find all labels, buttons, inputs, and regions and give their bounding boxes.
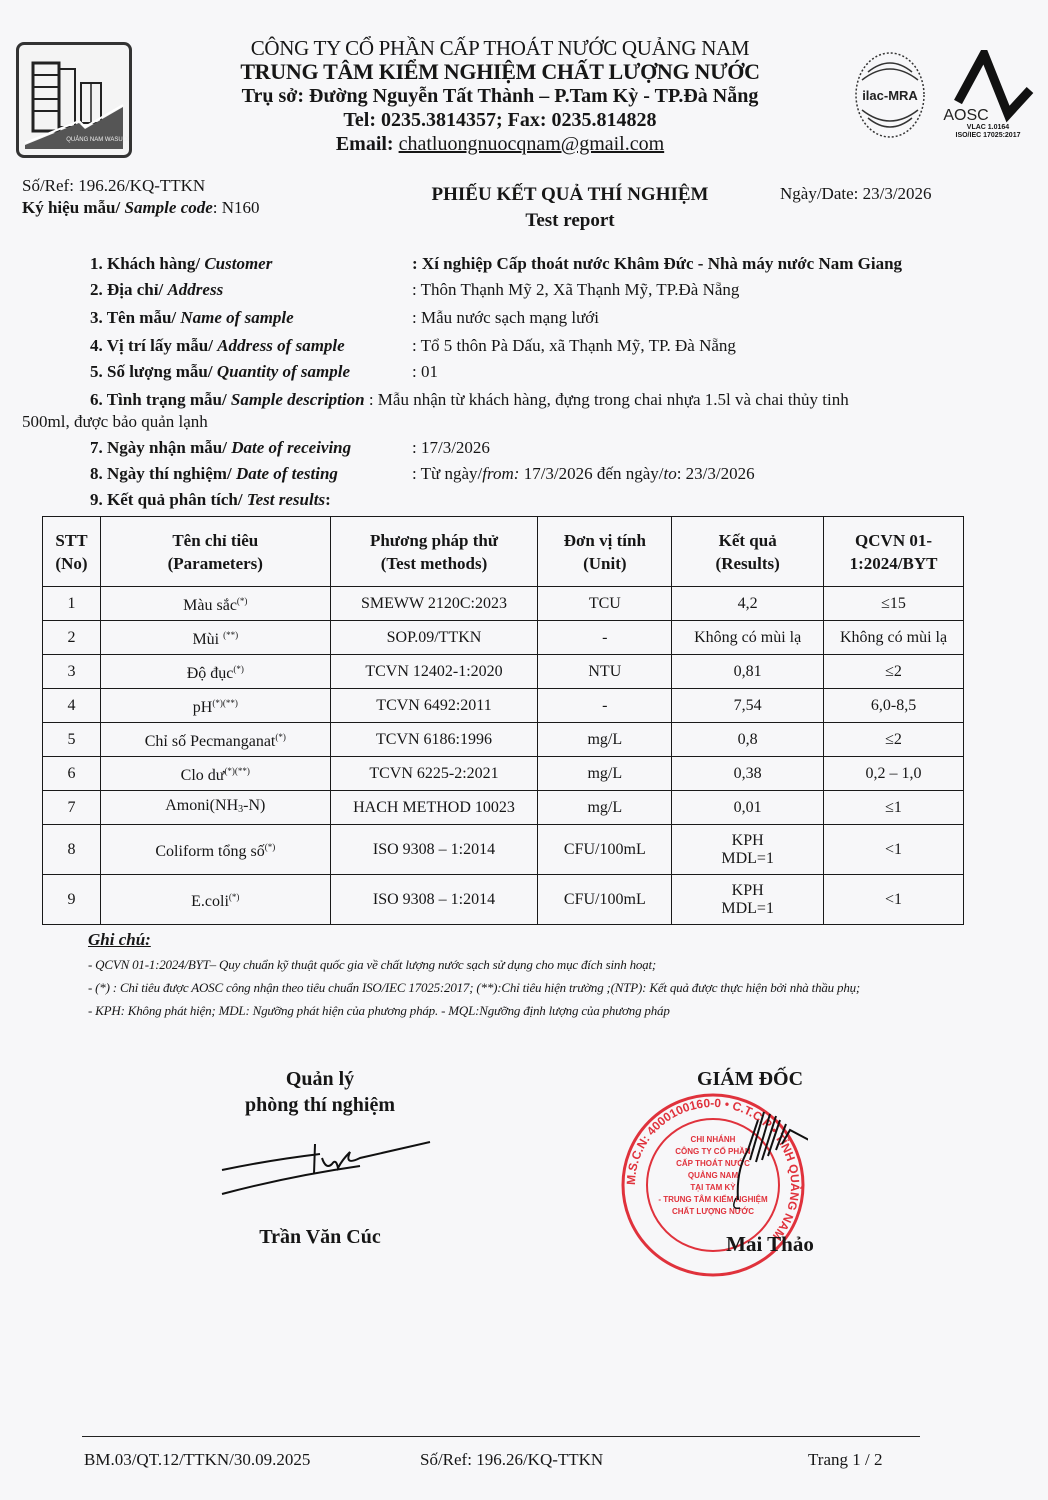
cell-method: TCVN 6492:2011 [330, 689, 538, 723]
cell-parameter: pH(*)(**) [100, 689, 330, 723]
aosc-accreditation-text: VLAC 1.0164 ISO/IEC 17025:2017 [938, 124, 1038, 140]
cell-no: 5 [43, 723, 101, 757]
info-sample-description: 6. Tình trạng mẫu/ Sample description : … [90, 390, 849, 410]
cell-unit: CFU/100mL [538, 875, 672, 925]
cell-unit: mg/L [538, 723, 672, 757]
cell-method: SOP.09/TTKN [330, 621, 538, 655]
cell-parameter: Độ đục(*) [100, 655, 330, 689]
cell-method: TCVN 12402-1:2020 [330, 655, 538, 689]
center-name: TRUNG TÂM KIỂM NGHIỆM CHẤT LƯỢNG NƯỚC [140, 60, 860, 84]
info-customer: 1. Khách hàng/ Customer : Xí nghiệp Cấp … [90, 254, 272, 274]
info-sample-address: 4. Vị trí lấy mẫu/ Address of sample : T… [90, 336, 345, 356]
cell-parameter: Coliform tổng số(*) [100, 825, 330, 875]
cell-method: TCVN 6225-2:2021 [330, 757, 538, 791]
page-number: Trang 1 / 2 [808, 1450, 882, 1470]
cell-unit: NTU [538, 655, 672, 689]
cell-no: 2 [43, 621, 101, 655]
info-date-receiving: 7. Ngày nhận mẫu/ Date of receiving : 17… [90, 438, 351, 458]
cell-no: 3 [43, 655, 101, 689]
cell-limit: ≤2 [824, 655, 964, 689]
report-title: PHIẾU KẾT QUẢ THÍ NGHIỆM Test report [380, 182, 760, 234]
table-row: 1Màu sắc(*)SMEWW 2120C:2023TCU4,2≤15 [43, 587, 964, 621]
cell-limit: 0,2 – 1,0 [824, 757, 964, 791]
cell-unit: - [538, 621, 672, 655]
header-col-parameter: Tên chỉ tiêu(Parameters) [100, 517, 330, 587]
company-address: Trụ sở: Đường Nguyễn Tất Thành – P.Tam K… [140, 84, 860, 108]
sample-description-continued: 500ml, được bảo quản lạnh [22, 412, 208, 432]
header-col-method: Phương pháp thử(Test methods) [330, 517, 538, 587]
cell-unit: mg/L [538, 791, 672, 825]
cell-unit: - [538, 689, 672, 723]
company-name: CÔNG TY CỔ PHẦN CẤP THOÁT NƯỚC QUẢNG NAM [140, 36, 860, 60]
cell-parameter: Chỉ số Pecmanganat(*) [100, 723, 330, 757]
cell-method: TCVN 6186:1996 [330, 723, 538, 757]
email-link[interactable]: chatluongnuocqnam@gmail.com [399, 133, 665, 155]
cell-limit: ≤2 [824, 723, 964, 757]
info-test-results: 9. Kết quả phân tích/ Test results: [90, 490, 331, 510]
lab-manager-title-1: Quản lý [200, 1066, 440, 1092]
cell-method: HACH METHOD 10023 [330, 791, 538, 825]
svg-text:CẤP THOÁT NƯỚC: CẤP THOÁT NƯỚC [676, 1158, 750, 1168]
cell-no: 1 [43, 587, 101, 621]
svg-text:AOSC: AOSC [943, 107, 988, 124]
company-email-line: Email: chatluongnuocqnam@gmail.com [140, 132, 860, 156]
cell-parameter: Clo dư(*)(**) [100, 757, 330, 791]
footer-reference: Số/Ref: 196.26/KQ-TTKN [420, 1450, 603, 1470]
svg-text:CÔNG TY CỔ PHẦN: CÔNG TY CỔ PHẦN [675, 1146, 751, 1156]
cell-parameter: E.coli(*) [100, 875, 330, 925]
cell-parameter: Amoni(NH3-N) [100, 791, 330, 825]
table-header-row: STT(No)Tên chỉ tiêu(Parameters)Phương ph… [43, 517, 964, 587]
cell-result: KPHMDL=1 [672, 825, 824, 875]
info-date-testing: 8. Ngày thí nghiệm/ Date of testing : Từ… [90, 464, 338, 484]
cell-method: ISO 9308 – 1:2014 [330, 875, 538, 925]
cell-result: 7,54 [672, 689, 824, 723]
director-signature-block: GIÁM ĐỐC M.S.C.N: 4000100160-0 • C.T.C.P… [640, 1068, 860, 1091]
header-col-result: Kết quả(Results) [672, 517, 824, 587]
cell-limit: <1 [824, 825, 964, 875]
cell-parameter: Màu sắc(*) [100, 587, 330, 621]
cell-no: 9 [43, 875, 101, 925]
cell-no: 8 [43, 825, 101, 875]
company-phone: Tel: 0235.3814357; Fax: 0235.814828 [140, 108, 860, 132]
cell-unit: TCU [538, 587, 672, 621]
svg-text:QUẢNG NAM WASUCO: QUẢNG NAM WASUCO [66, 136, 129, 143]
info-sample-name: 3. Tên mẫu/ Name of sample : Mẫu nước sạ… [90, 308, 294, 328]
table-row: 2Mùi (**)SOP.09/TTKN-Không có mùi lạKhôn… [43, 621, 964, 655]
note-item: - (*) : Chỉ tiêu được AOSC công nhận the… [88, 979, 968, 996]
note-item: - KPH: Không phát hiện; MDL: Ngưỡng phát… [88, 1002, 988, 1019]
cell-limit: <1 [824, 875, 964, 925]
info-quantity: 5. Số lượng mẫu/ Quantity of sample : 01 [90, 362, 350, 382]
table-row: 5Chỉ số Pecmanganat(*)TCVN 6186:1996mg/L… [43, 723, 964, 757]
cell-result: 0,81 [672, 655, 824, 689]
note-item: - QCVN 01-1:2024/BYT– Quy chuẩn kỹ thuật… [88, 956, 988, 973]
svg-text:QUẢNG NAM: QUẢNG NAM [688, 1171, 739, 1180]
form-code: BM.03/QT.12/TTKN/30.09.2025 [84, 1450, 310, 1470]
table-row: 8Coliform tổng số(*)ISO 9308 – 1:2014CFU… [43, 825, 964, 875]
building-logo-icon: QUẢNG NAM WASUCO [19, 45, 129, 155]
cell-unit: CFU/100mL [538, 825, 672, 875]
lab-manager-name: Trần Văn Cúc [200, 1224, 440, 1250]
footer-divider [82, 1436, 920, 1437]
cell-result: Không có mùi lạ [672, 621, 824, 655]
notes-title: Ghi chú: [88, 930, 988, 950]
accreditation-logos: ilac-MRA AOSC VLAC 1.0164 ISO/IEC 17025:… [852, 50, 1042, 145]
cell-no: 7 [43, 791, 101, 825]
cell-unit: mg/L [538, 757, 672, 791]
cell-limit: Không có mùi lạ [824, 621, 964, 655]
cell-method: ISO 9308 – 1:2014 [330, 825, 538, 875]
cell-result: KPHMDL=1 [672, 875, 824, 925]
reference-number: Số/Ref: 196.26/KQ-TTKN [22, 175, 260, 197]
cell-no: 4 [43, 689, 101, 723]
cell-no: 6 [43, 757, 101, 791]
svg-text:- TRUNG TÂM KIỂM NGHIỆM: - TRUNG TÂM KIỂM NGHIỆM [658, 1195, 768, 1204]
cell-result: 0,8 [672, 723, 824, 757]
company-logo: QUẢNG NAM WASUCO [16, 42, 132, 158]
cell-result: 0,38 [672, 757, 824, 791]
cell-limit: ≤15 [824, 587, 964, 621]
ilac-mra-logo-icon: ilac-MRA [852, 50, 928, 140]
signature-icon [210, 1136, 440, 1206]
cell-limit: ≤1 [824, 791, 964, 825]
organization-header: CÔNG TY CỔ PHẦN CẤP THOÁT NƯỚC QUẢNG NAM… [140, 36, 860, 156]
report-date: Ngày/Date: 23/3/2026 [780, 184, 932, 204]
lab-manager-signature-block: Quản lý phòng thí nghiệm Trần Văn Cúc [200, 1066, 440, 1118]
table-row: 7Amoni(NH3-N)HACH METHOD 10023mg/L0,01≤1 [43, 791, 964, 825]
email-label: Email: [336, 133, 394, 155]
director-title: GIÁM ĐỐC [640, 1068, 860, 1091]
director-name: Mai Thảo [680, 1232, 860, 1257]
svg-text:ilac-MRA: ilac-MRA [862, 88, 918, 103]
svg-text:CHI NHÁNH: CHI NHÁNH [691, 1135, 736, 1144]
cell-method: SMEWW 2120C:2023 [330, 587, 538, 621]
results-table: STT(No)Tên chỉ tiêu(Parameters)Phương ph… [42, 516, 964, 925]
table-row: 9E.coli(*)ISO 9308 – 1:2014CFU/100mLKPHM… [43, 875, 964, 925]
svg-text:TẠI TAM KỲ: TẠI TAM KỲ [690, 1183, 736, 1192]
header-col-no: STT(No) [43, 517, 101, 587]
table-row: 4pH(*)(**)TCVN 6492:2011-7,546,0-8,5 [43, 689, 964, 723]
svg-text:CHẤT LƯỢNG NƯỚC: CHẤT LƯỢNG NƯỚC [672, 1206, 754, 1216]
cell-result: 0,01 [672, 791, 824, 825]
table-row: 3Độ đục(*)TCVN 12402-1:2020NTU0,81≤2 [43, 655, 964, 689]
notes-section: Ghi chú: - QCVN 01-1:2024/BYT– Quy chuẩn… [88, 930, 988, 1019]
header-col-unit: Đơn vị tính(Unit) [538, 517, 672, 587]
lab-manager-title-2: phòng thí nghiệm [200, 1092, 440, 1118]
sample-code: Ký hiệu mẫu/ Sample code: N160 [22, 197, 260, 219]
info-address: 2. Địa chỉ/ Address : Thôn Thạnh Mỹ 2, X… [90, 280, 223, 300]
header-col-limit: QCVN 01-1:2024/BYT [824, 517, 964, 587]
table-row: 6Clo dư(*)(**)TCVN 6225-2:2021mg/L0,380,… [43, 757, 964, 791]
cell-result: 4,2 [672, 587, 824, 621]
reference-block: Số/Ref: 196.26/KQ-TTKN Ký hiệu mẫu/ Samp… [22, 175, 260, 219]
cell-limit: 6,0-8,5 [824, 689, 964, 723]
cell-parameter: Mùi (**) [100, 621, 330, 655]
